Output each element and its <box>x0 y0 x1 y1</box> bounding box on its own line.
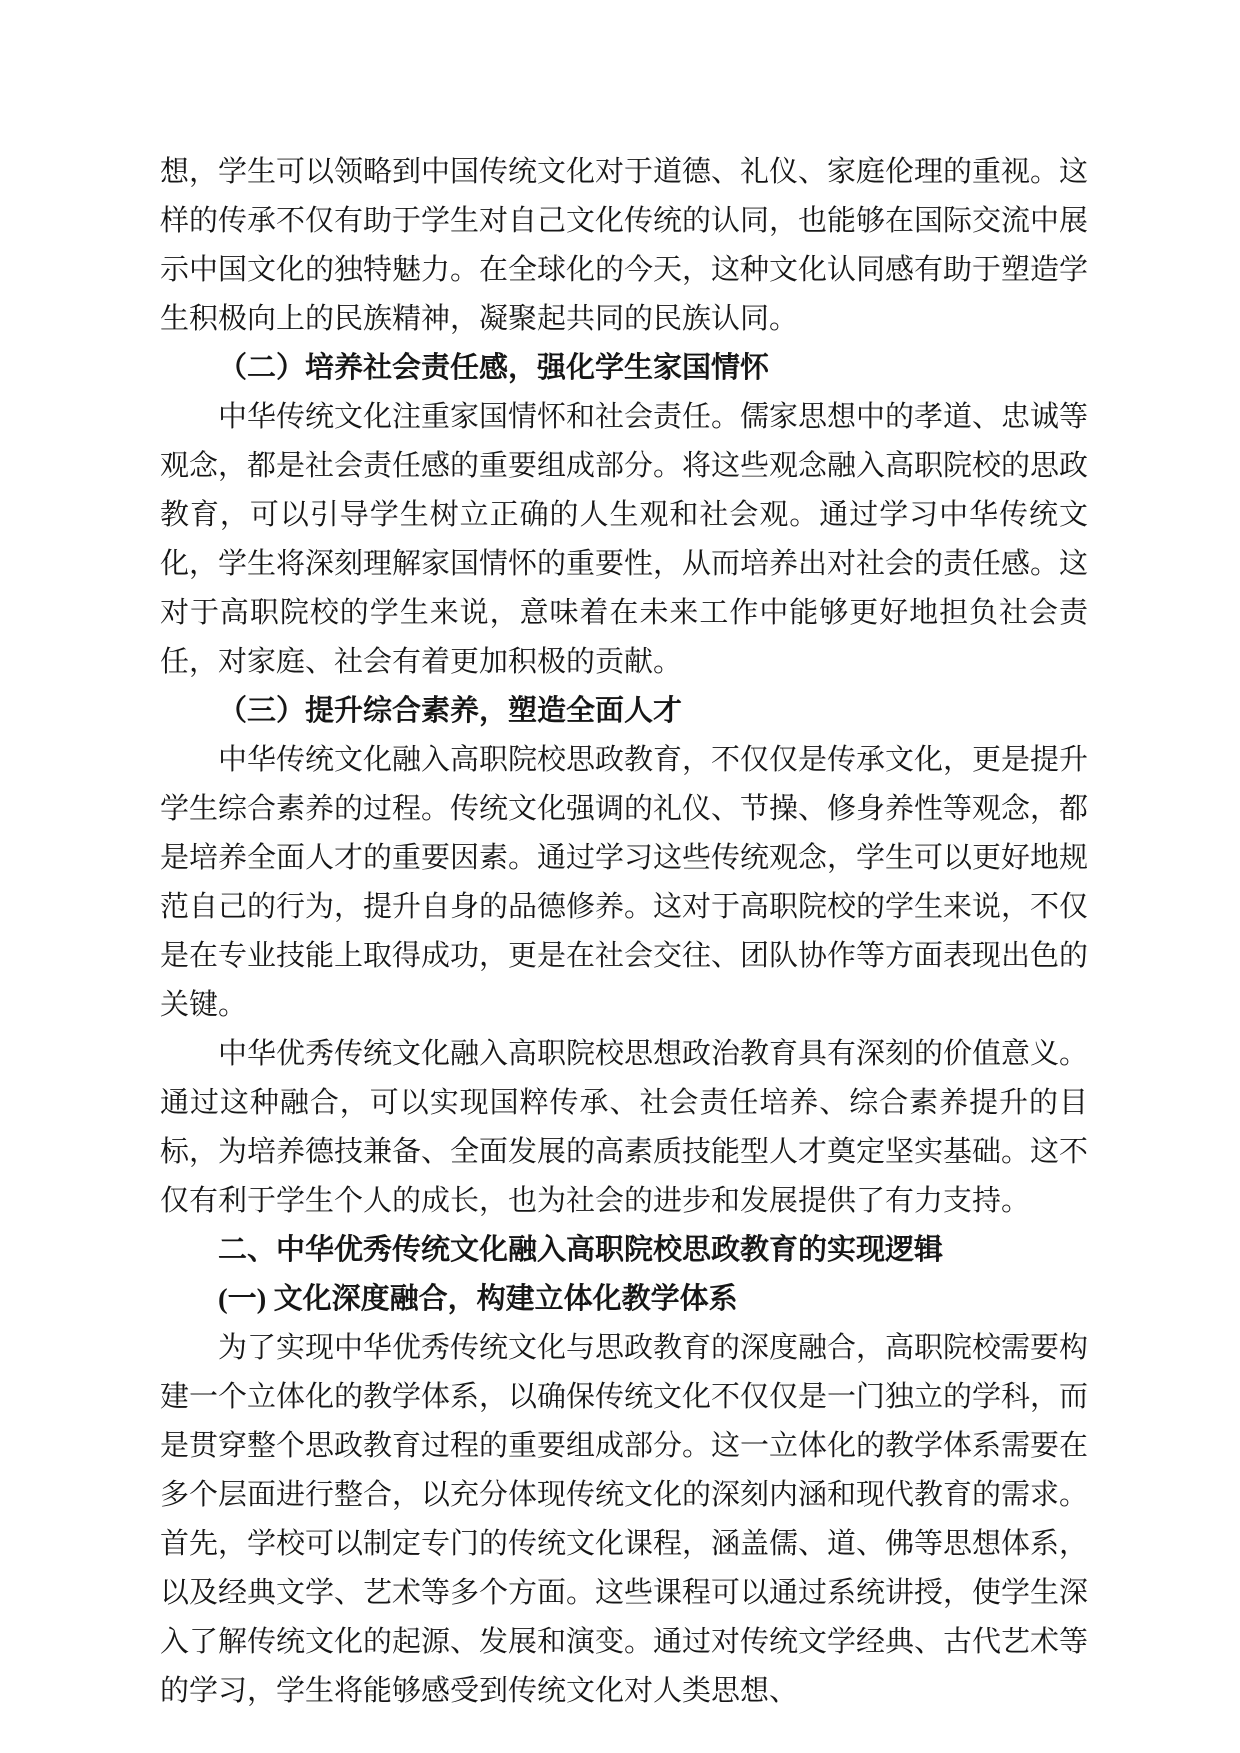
subsection-heading-2: （二）培养社会责任感，强化学生家国情怀 <box>160 344 1088 393</box>
subsection-heading-3: （三）提升综合素养，塑造全面人才 <box>160 687 1088 736</box>
paragraph: 中华传统文化融入高职院校思政教育，不仅仅是传承文化，更是提升学生综合素养的过程。… <box>160 736 1088 1030</box>
paragraph: 中华优秀传统文化融入高职院校思想政治教育具有深刻的价值意义。通过这种融合，可以实… <box>160 1030 1088 1226</box>
paragraph: 中华传统文化注重家国情怀和社会责任。儒家思想中的孝道、忠诚等观念，都是社会责任感… <box>160 393 1088 687</box>
document-text-area: 想，学生可以领略到中国传统文化对于道德、礼仪、家庭伦理的重视。这样的传承不仅有助… <box>160 148 1088 1716</box>
paragraph-continuation: 想，学生可以领略到中国传统文化对于道德、礼仪、家庭伦理的重视。这样的传承不仅有助… <box>160 148 1088 344</box>
section-heading: 二、中华优秀传统文化融入高职院校思政教育的实现逻辑 <box>160 1226 1088 1275</box>
document-page: 想，学生可以领略到中国传统文化对于道德、礼仪、家庭伦理的重视。这样的传承不仅有助… <box>0 0 1240 1753</box>
paragraph: 为了实现中华优秀传统文化与思政教育的深度融合，高职院校需要构建一个立体化的教学体… <box>160 1324 1088 1716</box>
subsection-heading-1: (一) 文化深度融合，构建立体化教学体系 <box>160 1275 1088 1324</box>
